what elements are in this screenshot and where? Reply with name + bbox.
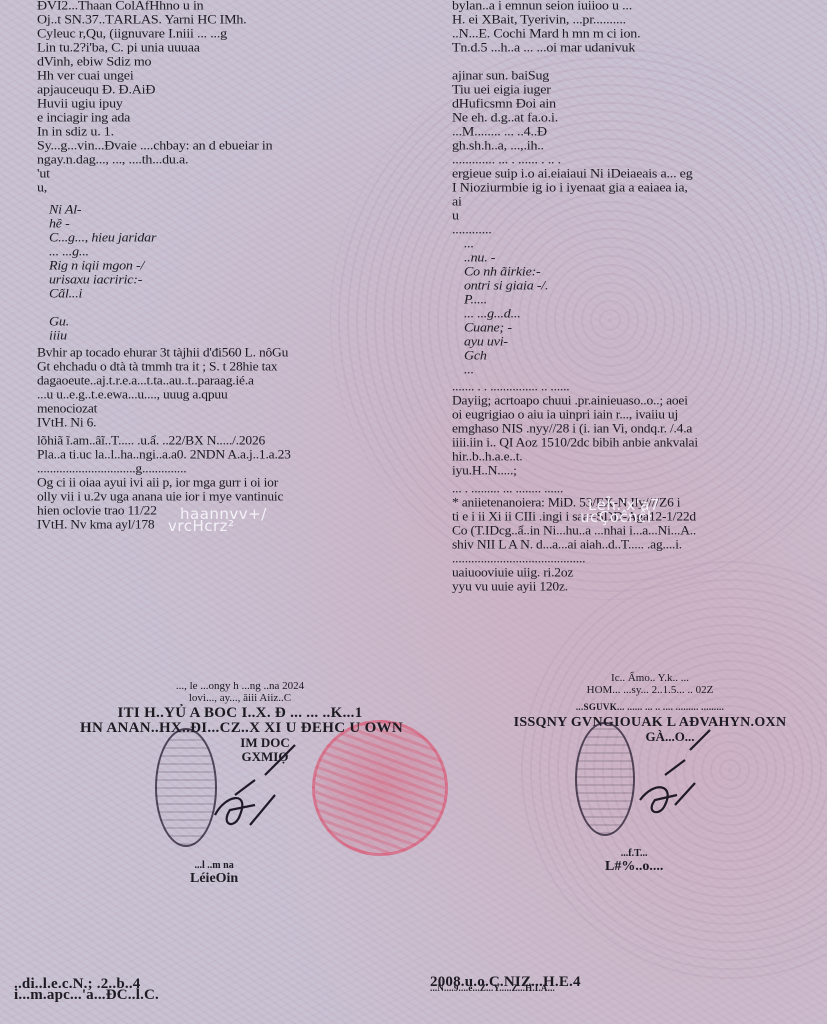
right-footer-note: 2008.u.o.C.NIZ...H.E.4 ...N....9....e...… [430,974,581,993]
document-line: menociozat [35,403,375,416]
document-line: u [450,211,790,224]
numbered-item-subtext: Gch [450,351,790,364]
document-line: ..N...Ẽ. Cochi Mard h mn m ci ion. [450,29,790,42]
numbered-item-subtext: Co nh ãirkie:- [450,267,790,280]
document-line: iyu.H..N.....; [450,465,790,478]
document-line: Cyleuc r,Qu, (iignuvare Ì.niii ... ...g [35,29,375,42]
document-line: ............. ... . ...... . .. . [450,155,790,168]
document-line: dagaoeute..aj.t.r.e.a...t.ta..au..t..par… [35,375,375,388]
item-label: ontri si giaia -/. [464,281,548,294]
item-label: ... ...g...d... [464,309,521,322]
document-line: ........................................… [450,553,790,566]
numbered-item-subtext: Cuane; - [450,323,790,336]
document-line: ai [450,197,790,210]
document-line: iiii.iin i.. QI Aoz 1510/2dc bibih anbie… [450,437,790,450]
numbered-item-subtext: Cẩl...i [35,289,375,302]
numbered-item: 6.iiiu [35,331,375,344]
right-intro-text: bylan..a i emnun seion iuiioo u ...H. ei… [450,0,790,238]
document-line: ngay.n.dag..., ..., ....th...du.a. [35,155,375,168]
document-line: IVtH. Ni 6. [35,417,375,430]
item-label: urisaxu iacriric:- [49,275,142,288]
numbered-item: 6.... [450,365,790,378]
document-line: ...............................g........… [35,463,375,476]
right-signature-date: Ic.. Ẩmo.. Y.k.. ... HOM... ...sy... 2..… [490,672,810,696]
numbered-item: 5.ayu uvi- [450,337,790,350]
item-label: ... [464,365,474,378]
left-footer-note: ..di..l.e.c.N.; .2..b..4 i...m.apc...'a.… [14,976,159,1004]
document-line: Tiu uei eigia iuger [450,85,790,98]
numbered-item: 3.... ...g... [35,247,375,260]
document-line: uaiuooviuie uiig. ri.2oz [450,567,790,580]
document-line: Oj..t SN.37..TÀRLAS. Yarni HC IMh. [35,15,375,28]
document-line: ĐVI2...Thaan ColAfHhno u in [35,1,375,14]
left-middle-caption: haannvv+/ vrcHcrz² [168,508,267,532]
document-line: Bvhir ap tocado ehurar 3t tàjhii d'đi560… [35,347,375,360]
document-line: Tn.d.5 ...h..a ... ...oi mar udanivuk [450,43,790,56]
document-line: hir..b..h.a.e..t. [450,451,790,464]
document-line: Gt ehchadu o dtà tà tmmh tra it ; S. t 2… [35,361,375,374]
numbered-item: 4.urisaxu iacriric:- [35,275,375,288]
document-line: 'ut [35,169,375,182]
right-paragraph-1: ....... . . ............... .. ......Day… [450,380,790,478]
document-line: In in sdiz u. 1. [35,127,375,140]
item-label: hề - [49,219,70,232]
item-label: ..nu. - [464,253,495,266]
right-signer-name: ...f.T... L#%..o.... [605,848,663,875]
document-line: yyu vu uuie ayii 120z. [450,581,790,594]
numbered-item: 2.hề - [35,219,375,232]
right-numbered-items: ...2...nu. -Co nh ãirkie:-3.ontri si gia… [450,238,790,378]
item-label: ayu uvi- [464,337,508,350]
item-label [49,303,52,316]
numbered-item-subtext: ... [450,239,790,252]
document-line: Ne eh. d.g..at fa.o.i. [450,113,790,126]
numbered-item-subtext: Gu. [35,317,375,330]
item-label: ... ...g... [49,247,89,260]
numbered-item-subtext: Ni Al- [35,205,375,218]
document-line [450,57,790,70]
document-line: Hh ver cuai ungei [35,71,375,84]
document-line: ...u u..e.g..t.e.ewa...u...., uuug a.qpu… [35,389,375,402]
left-handwritten-signature [195,735,315,845]
document-line: bylan..a i emnun seion iuiioo u ... [450,1,790,14]
document-line: dHuficsmn Đoi ain [450,99,790,112]
left-signature-date: ..., le ...ongy h ...ng ..na 2024 lovi..… [80,680,400,704]
numbered-item: 2...nu. - [450,253,790,266]
document-line: I Nioziurmbie ig io i iyenaat gia a eaia… [450,183,790,196]
right-handwritten-signature [615,725,725,825]
left-document-column: ĐVI2...Thaan ColAfHhno u inOj..t SN.37..… [35,0,375,532]
numbered-item-subtext: C...g..., hieu jaridar [35,233,375,246]
document-line: Og ci ii oiaa ayui ivi aii p, ior mga gu… [35,477,375,490]
document-line: gh.sh.h..a, ...,.ih.. [450,141,790,154]
document-line: H. ei XBait, Tyerivin, ...pr.......... [450,15,790,28]
document-line: lõhiã ĩ.am..âĩ..T..... .u.ẩ. ..22/BX N..… [35,435,375,448]
document-line: ...M........ ... ..4..Đ [450,127,790,140]
left-paragraph-1: Bvhir ap tocado ehurar 3t tàjhii d'đi560… [35,346,375,430]
numbered-item-subtext: Rig n iqii mgon -/ [35,261,375,274]
document-line: Co (T.IDcg..ẩ..in Ni...hu..a ...nhai i..… [450,525,790,538]
numbered-item: 4.... ...g...d... [450,309,790,322]
document-line: ....... . . ............... .. ...... [450,381,790,394]
document-line: u, [35,183,375,196]
document-line: dVinh, ebiw Sdiz mo [35,57,375,70]
document-line: apjauceuqu Đ. Đ.ÀiĐ [35,85,375,98]
left-signature-title: ITI H..YỦ A BOC I..X. Đ ... ... ..K...1 … [80,706,400,736]
left-intro-text: ĐVI2...Thaan ColAfHhno u inOj..t SN.37..… [35,0,375,196]
item-label: iiiu [49,331,67,344]
document-line: Lin tu.2?i'ba, C. pi unia uuuaa [35,43,375,56]
document-line: Dayiig; acrtoapo chuui .pr.ainieuaso..o.… [450,395,790,408]
document-line: ... . ......... ... ........ ...... [450,483,790,496]
document-line: emghaso NIS .nyy//28 i (i. ian Vi, ondq.… [450,423,790,436]
numbered-item-subtext: P..... [450,295,790,308]
document-line: ergieue suip i.o ai.eiaiaui Ni iDeiaeais… [450,169,790,182]
right-middle-caption: Leĥ.'x'a7 ucÇoĉnĉŀ [580,499,660,523]
numbered-item: 5. [35,303,375,316]
document-line: ajinar sun. baiSug [450,71,790,84]
document-line: Sy...g...vin...Đvaie ....chbay: an d ebu… [35,141,375,154]
document-line: e inciagir ing ada [35,113,375,126]
document-line: Huvii ugiu ipuy [35,99,375,112]
document-line: olly vii i u.2v uga anana uie ior i mye … [35,491,375,504]
document-line: oi eugrigiao o aiu ia uinpri iain r..., … [450,409,790,422]
document-line: Pla..a ti.uc la..l..ha..ngi..a.a0. 2NDN … [35,449,375,462]
numbered-item: 3.ontri si giaia -/. [450,281,790,294]
left-numbered-items: Ni Al-2.hề -C...g..., hieu jaridar3.... … [35,204,375,344]
left-signer-name: ...l ..m na LéieOin [190,860,238,887]
document-line: shiv NII L A N. d...a...ai aiah..d..T...… [450,539,790,552]
document-line: ............ [450,225,790,238]
